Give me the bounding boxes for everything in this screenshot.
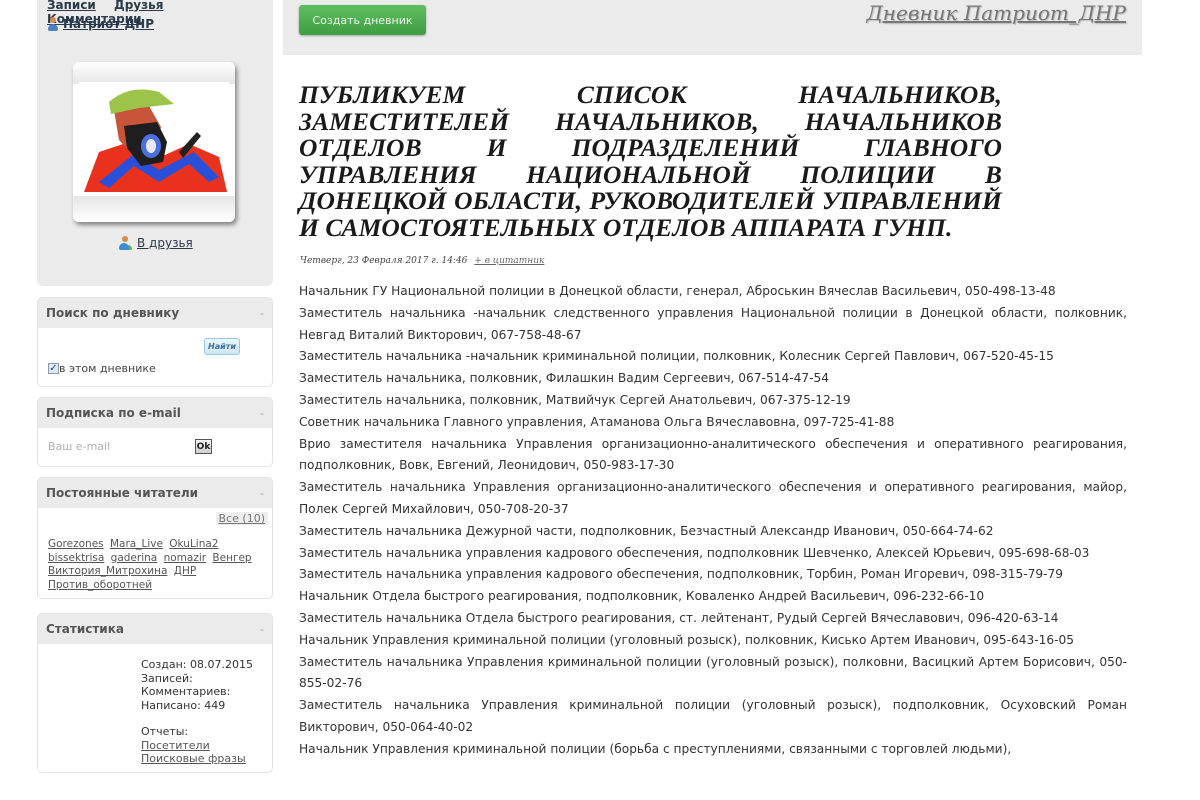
readers-widget: Постоянные читатели - Все (10) Gorezones… bbox=[37, 477, 273, 599]
post-paragraph: Заместитель начальника Дежурной части, п… bbox=[299, 521, 1127, 543]
post-paragraph: Советник начальника Главного управления,… bbox=[299, 412, 1127, 434]
post-date: Четверг, 23 Февраля 2017 г. 14:46 bbox=[300, 256, 467, 266]
email-widget-header[interactable]: Подписка по e-mail - bbox=[38, 398, 272, 428]
email-widget-title: Подписка по e-mail bbox=[46, 406, 181, 420]
post-paragraph: Заместитель начальника -начальник кримин… bbox=[299, 346, 1127, 368]
collapse-icon[interactable]: - bbox=[260, 407, 264, 420]
reader-link[interactable]: Против_оборотней bbox=[48, 579, 152, 591]
visitors-link[interactable]: Посетители bbox=[141, 739, 253, 753]
collapse-icon[interactable]: - bbox=[260, 623, 264, 636]
add-friend-icon bbox=[119, 236, 133, 250]
post-paragraph: Заместитель начальника -начальник следст… bbox=[299, 303, 1127, 347]
post-paragraph: Начальник Управления криминальной полици… bbox=[299, 630, 1127, 652]
add-to-quotes-link[interactable]: + в цитатник bbox=[474, 256, 544, 266]
add-friend-link[interactable]: В друзья bbox=[137, 236, 193, 250]
reader-link[interactable]: Венгер bbox=[212, 552, 251, 564]
email-subscribe-widget: Подписка по e-mail - Ok bbox=[37, 397, 273, 467]
post-body: Начальник ГУ Национальной полиции в Доне… bbox=[299, 281, 1127, 761]
collapse-icon[interactable]: - bbox=[260, 487, 264, 500]
post-paragraph: Заместитель начальника, полковник, Матви… bbox=[299, 390, 1127, 412]
stats-widget: Статистика - Создан: 08.07.2015 Записей:… bbox=[37, 613, 273, 773]
stats-list: Создан: 08.07.2015 Записей: Комментариев… bbox=[141, 658, 253, 766]
avatar-image bbox=[79, 82, 229, 197]
stat-created: Создан: 08.07.2015 bbox=[141, 658, 253, 672]
create-diary-button[interactable]: Создать дневник bbox=[299, 5, 426, 35]
post-paragraph: Начальник Отдела быстрого реагирования, … bbox=[299, 586, 1127, 608]
owner-row: Патриот ДНР bbox=[47, 17, 154, 31]
readers-list: Gorezones Mara_Live OkuLina2 bissektrisa… bbox=[48, 538, 258, 592]
post-paragraph: Начальник Управления криминальной полици… bbox=[299, 739, 1127, 761]
readers-widget-header[interactable]: Постоянные читатели - bbox=[38, 478, 272, 508]
collapse-icon[interactable]: - bbox=[260, 307, 264, 320]
stat-posts: Записей: bbox=[141, 672, 253, 686]
avatar[interactable] bbox=[73, 62, 235, 222]
post-paragraph: Заместитель начальника Управления кримин… bbox=[299, 695, 1127, 739]
subscribe-ok-button[interactable]: Ok bbox=[195, 439, 212, 454]
reader-link[interactable]: Виктория_Митрохина bbox=[48, 565, 167, 577]
stat-comments: Комментариев: bbox=[141, 685, 253, 699]
post-paragraph: Начальник ГУ Национальной полиции в Доне… bbox=[299, 281, 1127, 303]
post-paragraph: Заместитель начальника Управления органи… bbox=[299, 477, 1127, 521]
add-friend: В друзья bbox=[119, 236, 193, 250]
reader-link[interactable]: ДНР bbox=[174, 565, 196, 577]
search-phrases-link[interactable]: Поисковые фразы bbox=[141, 752, 253, 766]
reader-link[interactable]: Mara_Live bbox=[110, 538, 163, 550]
post-paragraph: Врио заместителя начальника Управления о… bbox=[299, 434, 1127, 478]
in-diary-label: в этом дневнике bbox=[59, 362, 156, 375]
reader-link[interactable]: gaderina bbox=[111, 552, 158, 564]
reader-link[interactable]: bissektrisa bbox=[48, 552, 104, 564]
reader-link[interactable]: Gorezones bbox=[48, 538, 104, 550]
post-paragraph: Заместитель начальника, полковник, Филаш… bbox=[299, 368, 1127, 390]
post-paragraph: Заместитель начальника Отдела быстрого р… bbox=[299, 608, 1127, 630]
reader-link[interactable]: OkuLina2 bbox=[169, 538, 218, 550]
owner-name-link[interactable]: Патриот ДНР bbox=[63, 17, 154, 31]
post-meta: Четверг, 23 Февраля 2017 г. 14:46 + в ци… bbox=[300, 256, 544, 266]
stat-written: Написано: 449 bbox=[141, 699, 253, 713]
stats-widget-title: Статистика bbox=[46, 622, 124, 636]
post-paragraph: Заместитель начальника управления кадров… bbox=[299, 543, 1127, 565]
in-diary-checkbox[interactable]: ✓ bbox=[48, 363, 59, 374]
post-title: ПУБЛИКУЕМ СПИСОК НАЧАЛЬНИКОВ, ЗАМЕСТИТЕЛ… bbox=[299, 82, 1002, 241]
diary-header: Создать дневник Дневник Патриот_ДНР bbox=[283, 0, 1142, 55]
email-input[interactable] bbox=[44, 436, 184, 456]
post-paragraph: Заместитель начальника Управления кримин… bbox=[299, 652, 1127, 696]
nav-posts-link[interactable]: Записи bbox=[47, 0, 96, 12]
find-button[interactable]: Найти bbox=[204, 338, 240, 355]
post-paragraph: Заместитель начальника управления кадров… bbox=[299, 564, 1127, 586]
reports-label: Отчеты: bbox=[141, 725, 253, 739]
stats-widget-header[interactable]: Статистика - bbox=[38, 614, 272, 644]
reader-link[interactable]: nomazir bbox=[164, 552, 207, 564]
readers-widget-title: Постоянные читатели bbox=[46, 486, 198, 500]
search-widget: Поиск по дневнику - Найти ✓ в этом дневн… bbox=[37, 297, 273, 387]
search-widget-header[interactable]: Поиск по дневнику - bbox=[38, 298, 272, 328]
diary-title-link[interactable]: Дневник Патриот_ДНР bbox=[867, 1, 1126, 25]
search-scope-row: ✓ в этом дневнике bbox=[48, 362, 156, 375]
search-widget-title: Поиск по дневнику bbox=[46, 306, 179, 320]
nav-friends-link[interactable]: Друзья bbox=[114, 0, 163, 12]
profile-panel: Записи Друзья Комментарии Патриот ДНР bbox=[37, 0, 273, 286]
all-readers-link[interactable]: Все (10) bbox=[216, 512, 268, 525]
user-icon bbox=[47, 17, 59, 31]
